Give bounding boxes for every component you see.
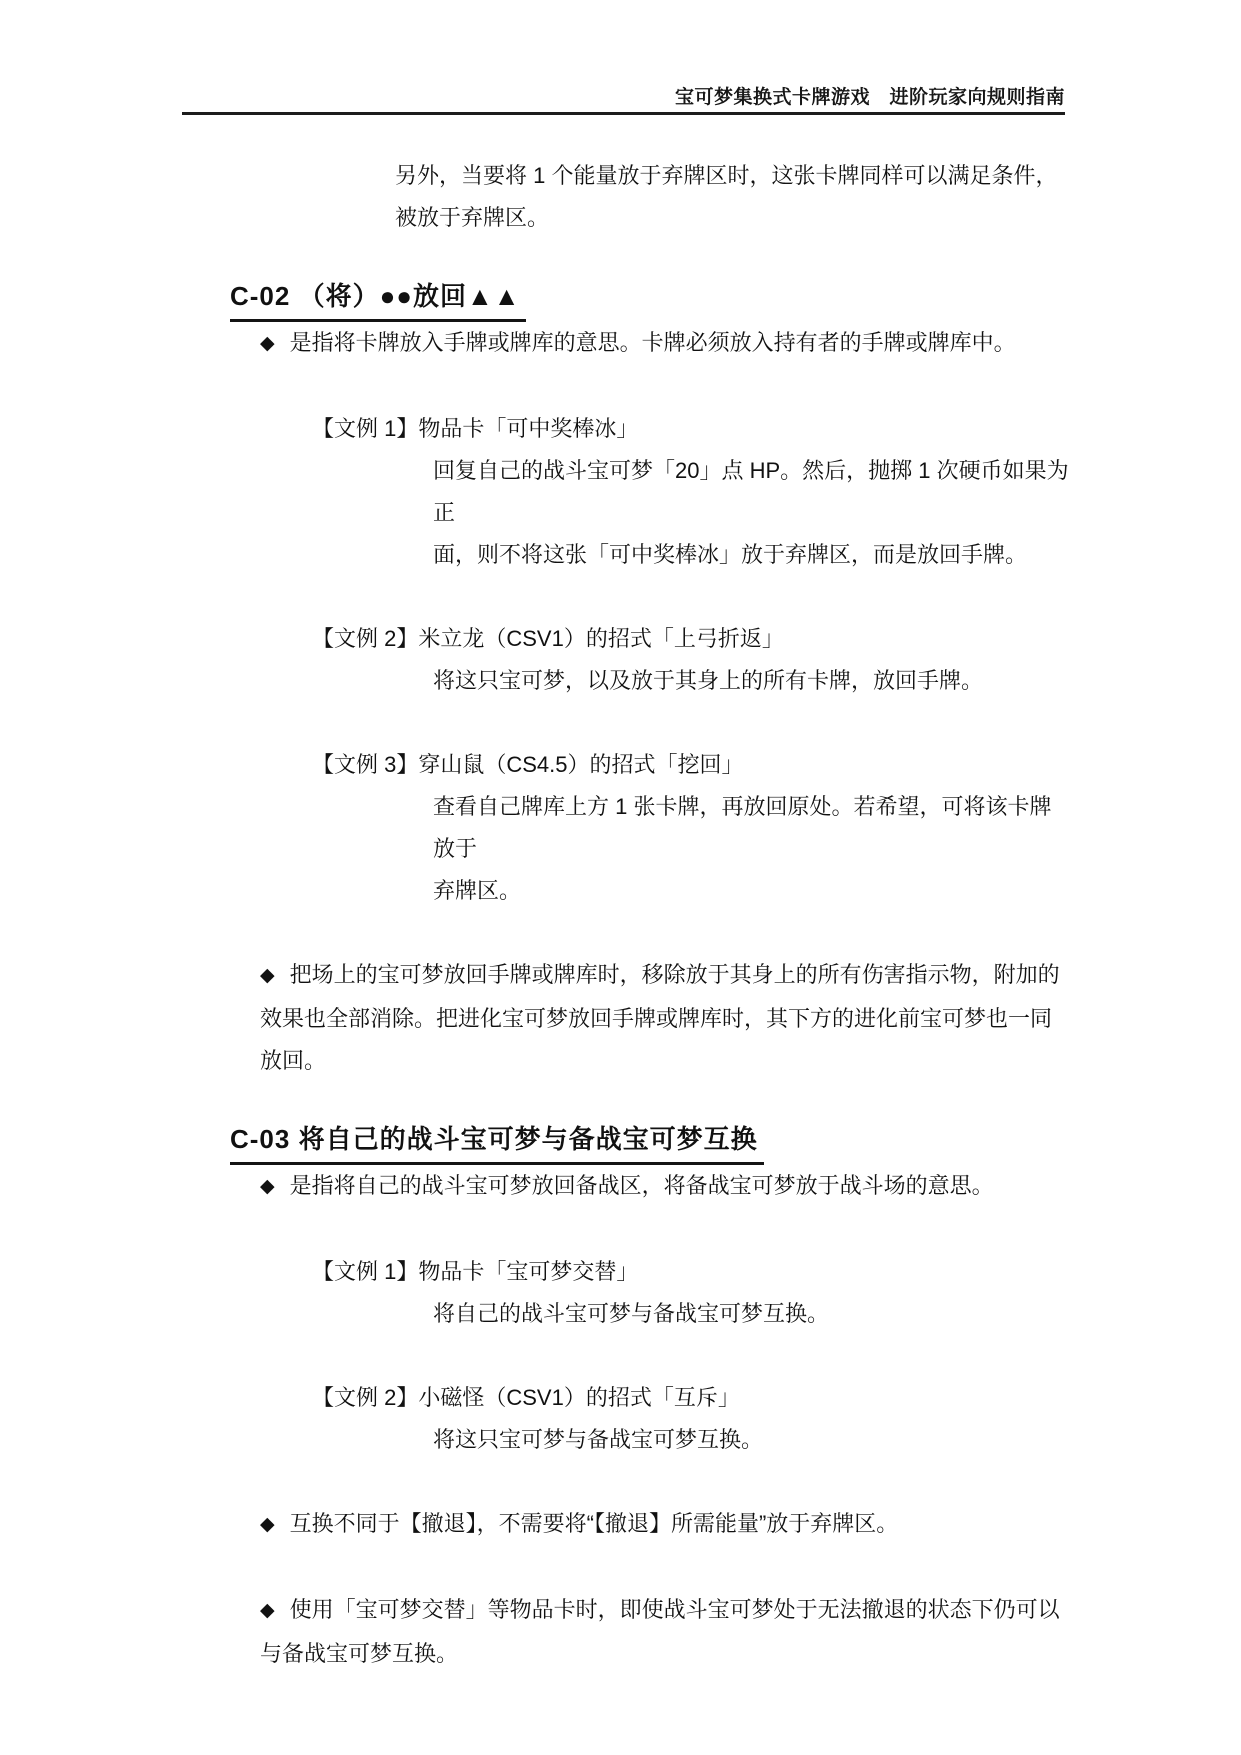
- diamond-bullet-icon: ◆: [260, 965, 275, 986]
- running-header: 宝可梦集换式卡牌游戏 进阶玩家向规则指南: [182, 82, 1065, 109]
- example-block-c02-2: 【文例 2】米立龙（CSV1）的招式「上弓折返」 将这只宝可梦，以及放于其身上的…: [312, 618, 1070, 702]
- bullet-text: 把场上的宝可梦放回手牌或牌库时，移除放于其身上的所有伤害指示物，附加的 效果也全…: [260, 962, 1060, 1073]
- page-content: 另外，当要将 1 个能量放于弃牌区时，这张卡牌同样可以满足条件， 被放于弃牌区。…: [230, 155, 1070, 1675]
- bullet-item-c02-definition: ◆是指将卡牌放入手牌或牌库的意思。卡牌必须放入持有者的手牌或牌库中。: [260, 322, 1070, 366]
- intro-paragraph: 另外，当要将 1 个能量放于弃牌区时，这张卡牌同样可以满足条件， 被放于弃牌区。: [395, 155, 1070, 239]
- bullet-item-c03-definition: ◆是指将自己的战斗宝可梦放回备战区，将备战宝可梦放于战斗场的意思。: [260, 1165, 1070, 1209]
- bullet-text: 使用「宝可梦交替」等物品卡时，即使战斗宝可梦处于无法撤退的状态下仍可以 与备战宝…: [260, 1597, 1060, 1666]
- example-label: 【文例 2】小磁怪（CSV1）的招式「互斥」: [312, 1377, 1070, 1419]
- bullet-item-c03-retreat-note: ◆互换不同于【撤退】，不需要将“【撤退】所需能量”放于弃牌区。: [260, 1503, 1070, 1547]
- example-block-c03-2: 【文例 2】小磁怪（CSV1）的招式「互斥」 将这只宝可梦与备战宝可梦互换。: [312, 1377, 1070, 1461]
- diamond-bullet-icon: ◆: [260, 333, 275, 354]
- example-label: 【文例 3】穿山鼠（CS4.5）的招式「挖回」: [312, 744, 1070, 786]
- example-body: 回复自己的战斗宝可梦「20」点 HP。然后，抛掷 1 次硬币如果为正 面，则不将…: [433, 450, 1070, 576]
- header-divider-rule: [182, 112, 1065, 115]
- example-label: 【文例 1】物品卡「宝可梦交替」: [312, 1251, 1070, 1293]
- example-block-c02-1: 【文例 1】物品卡「可中奖棒冰」 回复自己的战斗宝可梦「20」点 HP。然后，抛…: [312, 408, 1070, 576]
- diamond-bullet-icon: ◆: [260, 1600, 275, 1621]
- diamond-bullet-icon: ◆: [260, 1176, 275, 1197]
- example-block-c02-3: 【文例 3】穿山鼠（CS4.5）的招式「挖回」 查看自己牌库上方 1 张卡牌，再…: [312, 744, 1070, 912]
- example-body: 将自己的战斗宝可梦与备战宝可梦互换。: [433, 1293, 1070, 1335]
- bullet-text: 是指将卡牌放入手牌或牌库的意思。卡牌必须放入持有者的手牌或牌库中。: [290, 330, 1016, 355]
- bullet-item-c02-note: ◆把场上的宝可梦放回手牌或牌库时，移除放于其身上的所有伤害指示物，附加的 效果也…: [260, 954, 1070, 1082]
- section-heading-c02: C-02 （将）●●放回▲▲: [230, 277, 1070, 322]
- example-block-c03-1: 【文例 1】物品卡「宝可梦交替」 将自己的战斗宝可梦与备战宝可梦互换。: [312, 1251, 1070, 1335]
- diamond-bullet-icon: ◆: [260, 1514, 275, 1535]
- example-body: 查看自己牌库上方 1 张卡牌，再放回原处。若希望，可将该卡牌放于 弃牌区。: [433, 786, 1070, 912]
- example-body: 将这只宝可梦，以及放于其身上的所有卡牌，放回手牌。: [433, 660, 1070, 702]
- example-body: 将这只宝可梦与备战宝可梦互换。: [433, 1419, 1070, 1461]
- bullet-item-c03-switch-note: ◆使用「宝可梦交替」等物品卡时，即使战斗宝可梦处于无法撤退的状态下仍可以 与备战…: [260, 1589, 1070, 1675]
- section-heading-c03-text: C-03 将自己的战斗宝可梦与备战宝可梦互换: [230, 1121, 764, 1165]
- example-label: 【文例 2】米立龙（CSV1）的招式「上弓折返」: [312, 618, 1070, 660]
- bullet-text: 是指将自己的战斗宝可梦放回备战区，将备战宝可梦放于战斗场的意思。: [290, 1173, 994, 1198]
- section-heading-c02-text: C-02 （将）●●放回▲▲: [230, 278, 526, 322]
- bullet-text: 互换不同于【撤退】，不需要将“【撤退】所需能量”放于弃牌区。: [290, 1511, 899, 1536]
- section-heading-c03: C-03 将自己的战斗宝可梦与备战宝可梦互换: [230, 1120, 1070, 1165]
- document-page: 宝可梦集换式卡牌游戏 进阶玩家向规则指南 另外，当要将 1 个能量放于弃牌区时，…: [0, 0, 1241, 1755]
- example-label: 【文例 1】物品卡「可中奖棒冰」: [312, 408, 1070, 450]
